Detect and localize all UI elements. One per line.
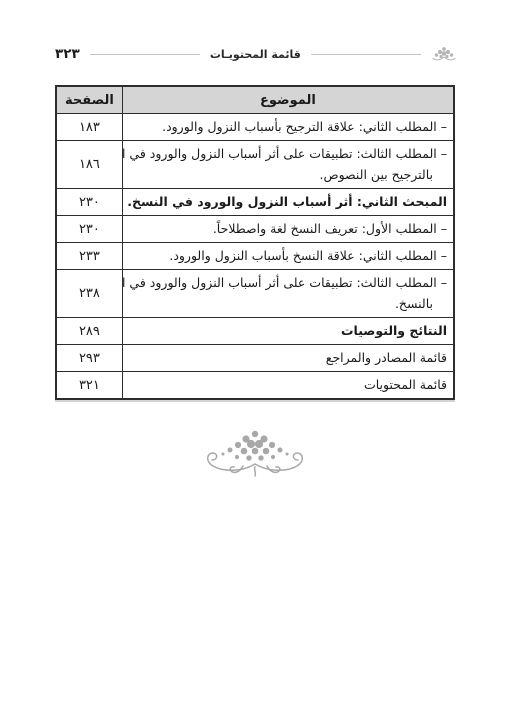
subject-line: المبحث الثاني: أثر أسباب النزول والورود … — [127, 191, 447, 212]
table-row: – المطلب الثالث: تطبيقات على أثر أسباب ا… — [56, 270, 454, 318]
page-cell: ١٨٦ — [56, 141, 122, 189]
page-cell: ٢٨٩ — [56, 318, 122, 345]
page-cell: ٢٩٣ — [56, 345, 122, 372]
page-cell: ٣٢١ — [56, 372, 122, 400]
subject-line: النتائج والتوصيات — [127, 320, 447, 341]
page-cell: ١٨٣ — [56, 114, 122, 141]
subject-cell: النتائج والتوصيات — [122, 318, 454, 345]
table-row: – المطلب الثالث: تطبيقات على أثر أسباب ا… — [56, 141, 454, 189]
table-row: النتائج والتوصيات ٢٨٩ — [56, 318, 454, 345]
subject-cell: – المطلب الأول: تعريف النسخ لغة واصطلاحا… — [122, 216, 454, 243]
page-title: قائمة المحتويـات — [210, 48, 301, 61]
page-cell: ٢٣٠ — [56, 189, 122, 216]
subject-line: – المطلب الثالث: تطبيقات على أثر أسباب ا… — [127, 143, 447, 164]
subject-column-header: الموضوع — [122, 86, 454, 114]
page-number: ٣٢٣ — [55, 46, 80, 62]
subject-cell: المبحث الثاني: أثر أسباب النزول والورود … — [122, 189, 454, 216]
subject-line: – المطلب الثاني: علاقة النسخ بأسباب النز… — [127, 245, 447, 266]
subject-line: – المطلب الأول: تعريف النسخ لغة واصطلاحا… — [127, 218, 447, 239]
subject-cell: – المطلب الثالث: تطبيقات على أثر أسباب ا… — [122, 141, 454, 189]
page-cell: ٢٣٣ — [56, 243, 122, 270]
subject-cell: قائمة المصادر والمراجع — [122, 345, 454, 372]
floral-spray-icon — [0, 424, 510, 482]
table-row: – المطلب الثاني: علاقة الترجيح بأسباب ال… — [56, 114, 454, 141]
subject-cell: – المطلب الثاني: علاقة الترجيح بأسباب ال… — [122, 114, 454, 141]
subject-cell: قائمة المحتويات — [122, 372, 454, 400]
page-header: ٣٢٣ قائمة المحتويـات — [55, 44, 457, 64]
table-row: قائمة المحتويات ٣٢١ — [56, 372, 454, 400]
page-cell: ٢٣٨ — [56, 270, 122, 318]
header-rule-left — [90, 54, 200, 55]
toc-header-row: الموضوع الصفحة — [56, 86, 454, 114]
page-column-header: الصفحة — [56, 86, 122, 114]
table-row: – المطلب الثاني: علاقة النسخ بأسباب النز… — [56, 243, 454, 270]
subject-cell: – المطلب الثالث: تطبيقات على أثر أسباب ا… — [122, 270, 454, 318]
document-page: ٣٢٣ قائمة المحتويـات — [0, 0, 510, 720]
floral-finial-icon — [431, 45, 457, 63]
subject-line: قائمة المصادر والمراجع — [127, 347, 447, 368]
header-rule-right — [311, 54, 421, 55]
toc-table-head: الموضوع الصفحة — [56, 86, 454, 114]
subject-line: بالنسخ. — [127, 293, 447, 314]
toc-table-body: – المطلب الثاني: علاقة الترجيح بأسباب ال… — [56, 114, 454, 400]
page-cell: ٢٣٠ — [56, 216, 122, 243]
table-row: – المطلب الأول: تعريف النسخ لغة واصطلاحا… — [56, 216, 454, 243]
subject-line: قائمة المحتويات — [127, 374, 447, 395]
subject-line: – المطلب الثالث: تطبيقات على أثر أسباب ا… — [127, 272, 447, 293]
toc-table: الموضوع الصفحة – المطلب الثاني: علاقة ال… — [55, 85, 455, 400]
subject-line: بالترجيح بين النصوص. — [127, 164, 447, 185]
table-row: المبحث الثاني: أثر أسباب النزول والورود … — [56, 189, 454, 216]
subject-cell: – المطلب الثاني: علاقة النسخ بأسباب النز… — [122, 243, 454, 270]
subject-line: – المطلب الثاني: علاقة الترجيح بأسباب ال… — [127, 116, 447, 137]
table-row: قائمة المصادر والمراجع ٢٩٣ — [56, 345, 454, 372]
